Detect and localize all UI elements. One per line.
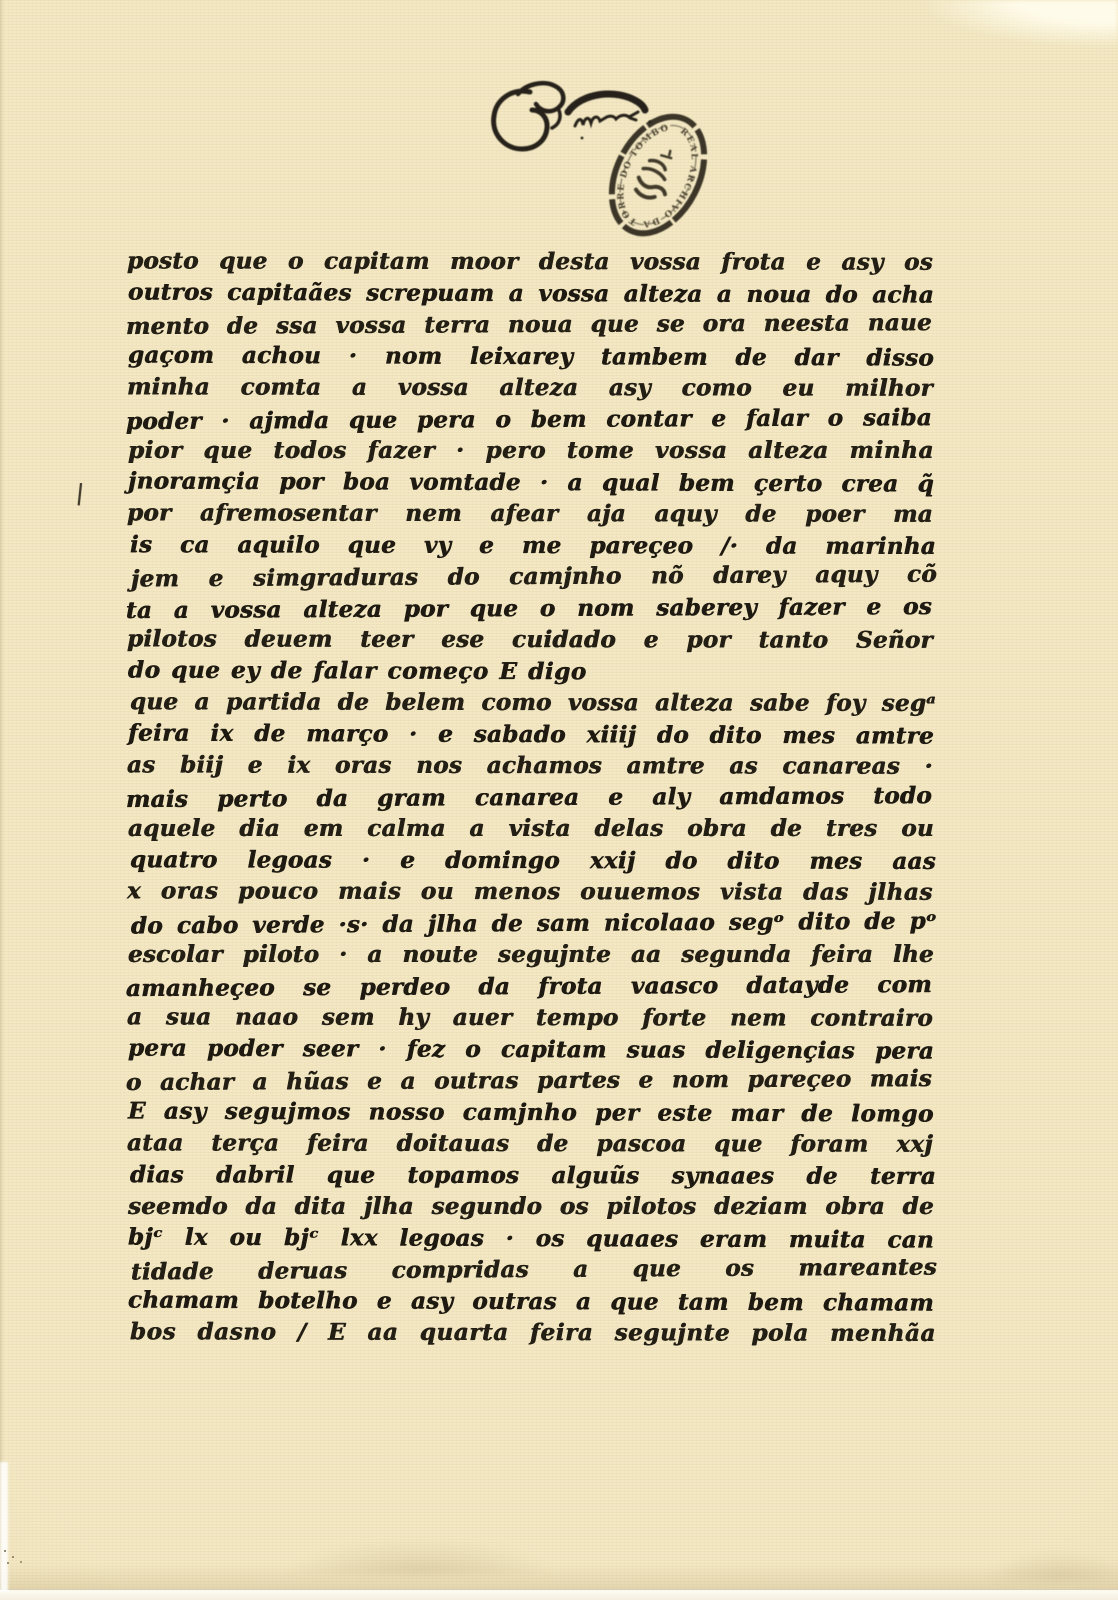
text-line: amanheçeo se perdeo da frota vaasco data… bbox=[126, 969, 932, 1004]
text-line: a sua naao sem hy auer tempo forte nem c… bbox=[127, 1001, 933, 1034]
text-line: escolar piloto · a noute segujnte aa seg… bbox=[128, 939, 934, 971]
edge-specks bbox=[4, 1550, 6, 1552]
manuscript-page: REAL ARCHIVO DA TORRE DO TOMBO | posto q… bbox=[0, 0, 1118, 1600]
text-line: do cabo verde ·s· da jlha de sam nicolaa… bbox=[131, 905, 937, 941]
text-line: aquele dia em calma a vista delas obra d… bbox=[128, 813, 934, 845]
text-line: por afremosentar nem afear aja aquy de p… bbox=[127, 497, 933, 530]
page-edge-highlight bbox=[0, 1462, 8, 1592]
page-left-edge bbox=[0, 0, 4, 1600]
text-line: ta a vossa alteza por que o nom saberey … bbox=[126, 591, 932, 626]
margin-nota-mark: | bbox=[75, 480, 86, 507]
text-line: ataa terça feira doitauas de pascoa que … bbox=[127, 1127, 933, 1160]
text-line: chamam botelho e asy outras a que tam be… bbox=[128, 1284, 934, 1319]
text-line: mento de ssa vossa terra noua que se ora… bbox=[126, 307, 932, 342]
text-line: feira ix de março · e sabado xiiij do di… bbox=[128, 717, 934, 752]
archive-stamp-icon: REAL ARCHIVO DA TORRE DO TOMBO bbox=[592, 104, 724, 246]
text-line: x oras pouco mais ou menos ouuemos vista… bbox=[127, 875, 933, 908]
text-line: gaçom achou · nom leixarey tambem de dar… bbox=[128, 339, 934, 374]
text-line: outros capitaães screpuam a vossa alteza… bbox=[128, 276, 934, 311]
text-line: o achar a hũas e a outras partes e nom p… bbox=[126, 1063, 932, 1098]
corner-highlight bbox=[908, 0, 1118, 46]
text-line: jnoramçia por boa vomtade · a qual bem ç… bbox=[128, 465, 934, 500]
text-line: pera poder seer · fez o capitam suas del… bbox=[128, 1032, 934, 1067]
text-line: pior que todos fazer · pero tome vossa a… bbox=[128, 435, 934, 467]
text-line: E asy segujmos nosso camjnho per este ma… bbox=[128, 1095, 934, 1130]
text-line: quatro legoas · e domingo xxij do dito m… bbox=[130, 844, 936, 877]
manuscript-text: posto que o capitam moor desta vossa fro… bbox=[128, 246, 934, 1349]
text-line: que a partida de belem como vossa alteza… bbox=[130, 686, 936, 719]
text-line: mais perto da gram canarea e aly amdamos… bbox=[126, 780, 932, 815]
text-line: tidade deruas compridas a que os mareant… bbox=[131, 1252, 937, 1288]
text-line: is ca aquilo que vy e me pareçeo /· da m… bbox=[130, 529, 936, 562]
page-bottom-shadow bbox=[0, 1564, 1118, 1590]
text-line: dias dabril que topamos alguũs synaaes d… bbox=[130, 1159, 936, 1192]
text-line: do que ey de falar começo E digo bbox=[128, 654, 934, 689]
text-line: poder · ajmda que pera o bem contar e fa… bbox=[126, 402, 932, 437]
page-bottom-edge bbox=[0, 1589, 1118, 1600]
text-line: as biij e ix oras nos achamos amtre as c… bbox=[127, 749, 933, 782]
text-line: posto que o capitam moor desta vossa fro… bbox=[127, 245, 933, 278]
text-line: bjᶜ lx ou bjᶜ lxx legoas · os quaaes era… bbox=[128, 1221, 934, 1256]
text-line: pilotos deuem teer ese cuidado e por tan… bbox=[127, 623, 933, 656]
text-line: bos dasno / E aa quarta feira segujnte p… bbox=[130, 1316, 936, 1349]
text-line: seemdo da dita jlha segundo os pilotos d… bbox=[128, 1191, 934, 1223]
text-line: minha comta a vossa alteza asy como eu m… bbox=[127, 371, 933, 404]
text-line: jem e simgraduras do camjnho nõ darey aq… bbox=[131, 559, 937, 595]
